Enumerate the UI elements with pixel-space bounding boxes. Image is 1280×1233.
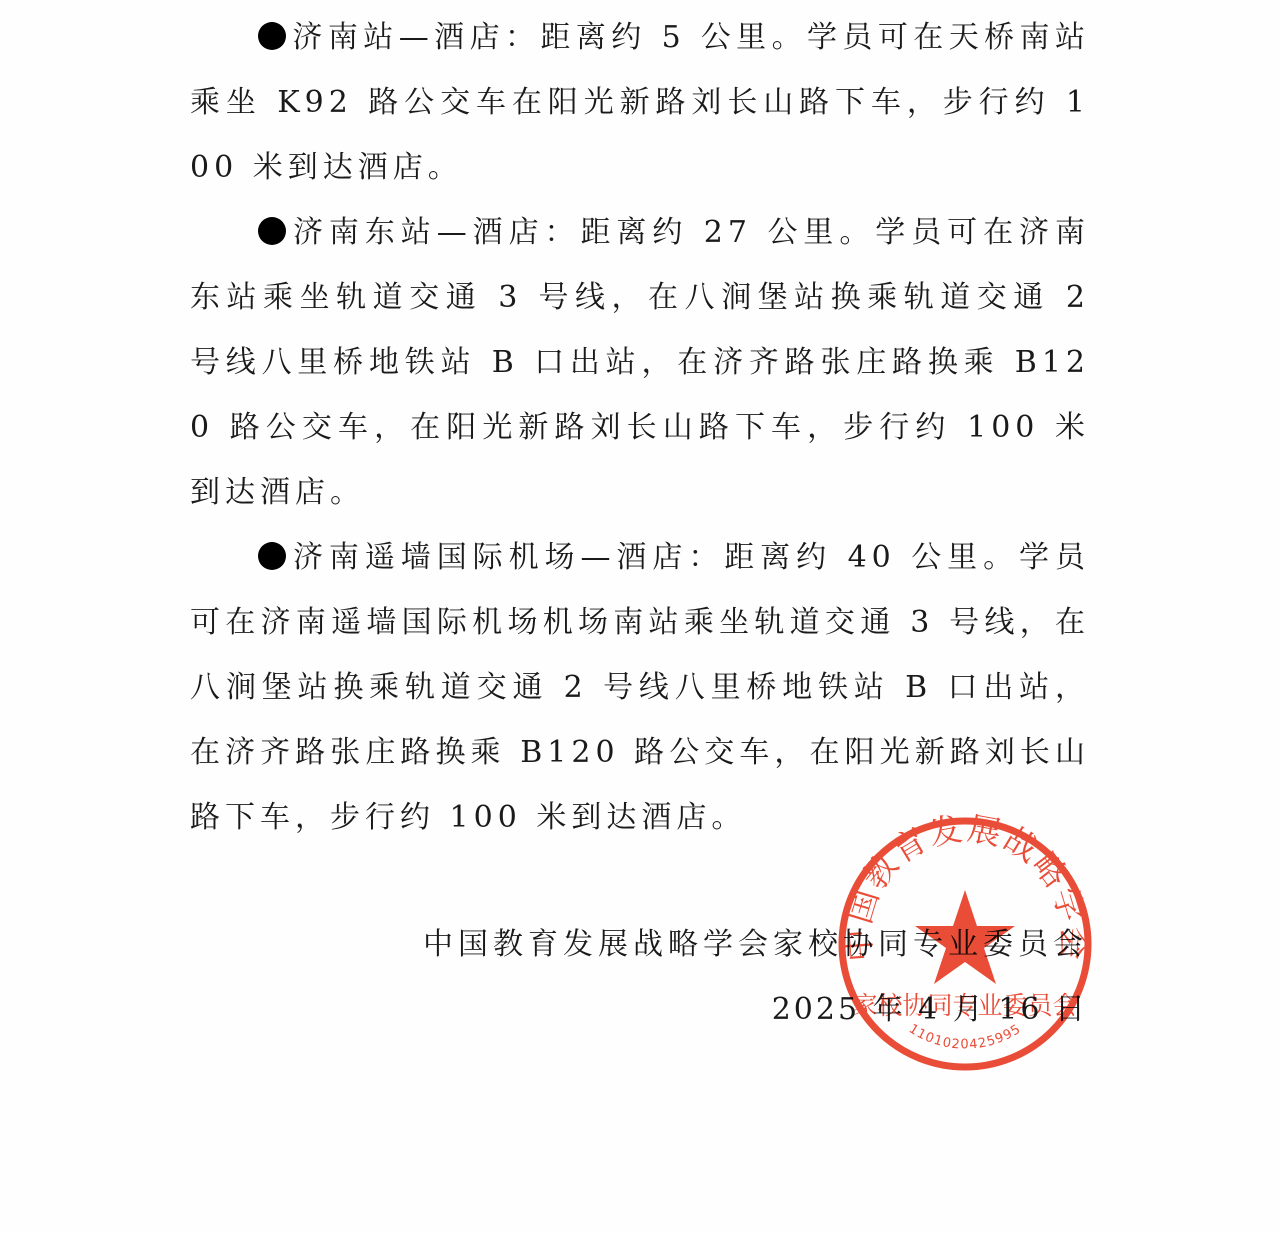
route-paragraph-airport: 济南遥墙国际机场—酒店：距离约 40 公里。学员可在济南遥墙国际机场机场南站乘坐… <box>190 525 1090 850</box>
star-icon <box>915 890 1015 984</box>
paragraph-text: 济南遥墙国际机场—酒店：距离约 40 公里。学员可在济南遥墙国际机场机场南站乘坐… <box>190 540 1090 835</box>
document-body: 济南站—酒店：距离约 5 公里。学员可在天桥南站乘坐 K92 路公交车在阳光新路… <box>190 5 1090 850</box>
bullet-icon <box>258 542 286 570</box>
route-paragraph-jinan-east-station: 济南东站—酒店：距离约 27 公里。学员可在济南东站乘坐轨道交通 3 号线，在八… <box>190 200 1090 525</box>
seal-inner-text: 家校协同专业委员会 <box>852 991 1077 1020</box>
bullet-icon <box>258 217 286 245</box>
paragraph-text: 济南东站—酒店：距离约 27 公里。学员可在济南东站乘坐轨道交通 3 号线，在八… <box>190 215 1090 510</box>
seal-code: 1101020425995 <box>906 1022 1024 1053</box>
route-paragraph-jinan-station: 济南站—酒店：距离约 5 公里。学员可在天桥南站乘坐 K92 路公交车在阳光新路… <box>190 5 1090 200</box>
bullet-icon <box>258 22 286 50</box>
official-seal: 中国教育发展战略学会 家校协同专业委员会 1101020425995 <box>836 814 1094 1074</box>
document-page: 济南站—酒店：距离约 5 公里。学员可在天桥南站乘坐 K92 路公交车在阳光新路… <box>0 0 1280 1233</box>
paragraph-text: 济南站—酒店：距离约 5 公里。学员可在天桥南站乘坐 K92 路公交车在阳光新路… <box>190 20 1090 185</box>
